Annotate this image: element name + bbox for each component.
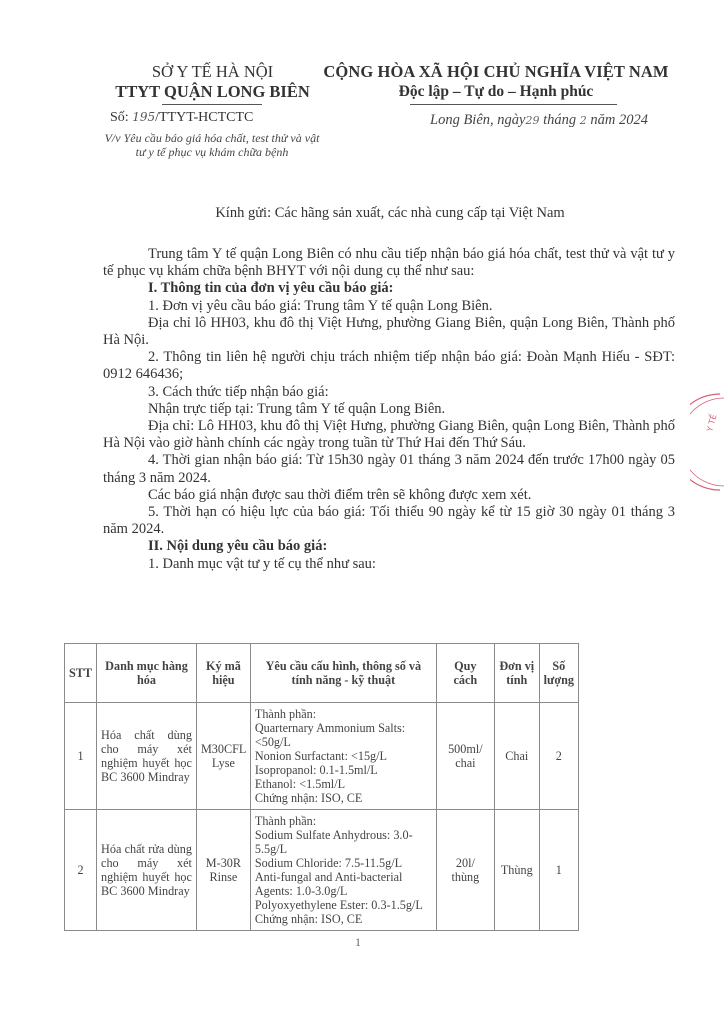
header-item-name: Danh mục hàng hóa — [97, 644, 197, 703]
document-body: Trung tâm Y tế quận Long Biên có nhu cầu… — [103, 246, 675, 573]
section-1-item-2: 2. Thông tin liên hệ người chịu trách nh… — [103, 349, 675, 383]
spec-line: Anti-fungal and Anti-bacterial Agents: 1… — [255, 870, 432, 898]
cell-code: M-30R Rinse — [196, 810, 250, 931]
doc-number-label: Số: — [110, 110, 129, 125]
spec-line: Isopropanol: 0.1-1.5ml/L — [255, 763, 432, 777]
spec-line: Chứng nhận: ISO, CE — [255, 791, 432, 805]
page-number: 1 — [355, 935, 361, 950]
cell-stt: 1 — [65, 703, 97, 810]
official-stamp-icon: Y TẾ — [690, 392, 724, 492]
section-1-item-1: 1. Đơn vị yêu cầu báo giá: Trung tâm Y t… — [103, 298, 675, 315]
section-1-item-5: 5. Thời hạn có hiệu lực của báo giá: Tối… — [103, 504, 675, 538]
header-packaging: Quy cách — [436, 644, 494, 703]
document-date: Long Biên, ngày29 tháng 2 năm 2024 — [430, 112, 690, 129]
department-name: SỞ Y TẾ HÀ NỘI — [100, 62, 325, 82]
cell-unit: Thùng — [494, 810, 539, 931]
doc-number-handwritten: 195 — [132, 110, 155, 124]
nation-name: CỘNG HÒA XÃ HỘI CHỦ NGHĨA VIỆT NAM — [318, 62, 674, 82]
intro-paragraph: Trung tâm Y tế quận Long Biên có nhu cầu… — [103, 246, 675, 280]
cell-packaging: 500ml/ chai — [436, 703, 494, 810]
spec-line: Nonion Surfactant: <15g/L — [255, 749, 432, 763]
cell-spec: Thành phần:Sodium Sulfate Anhydrous: 3.0… — [250, 810, 436, 931]
cell-quantity: 2 — [539, 703, 578, 810]
date-month-label: tháng — [543, 112, 576, 128]
stamp-text: Y TẾ — [703, 412, 719, 434]
divider — [162, 104, 262, 105]
items-table: STT Danh mục hàng hóa Ký mã hiệu Yêu cầu… — [64, 643, 579, 931]
section-1-item-4: 4. Thời gian nhận báo giá: Từ 15h30 ngày… — [103, 452, 675, 486]
doc-number-suffix: /TTYT-HCTCTC — [155, 110, 253, 125]
spec-line: Polyoxyethylene Ester: 0.3-1.5g/L — [255, 898, 432, 912]
date-year: năm 2024 — [590, 112, 648, 128]
header-stt: STT — [65, 644, 97, 703]
document-subject: V/v Yêu cầu báo giá hóa chất, test thử v… — [100, 131, 324, 159]
date-prefix: Long Biên, ngày — [430, 112, 525, 128]
cell-item-name: Hóa chất rửa dùng cho máy xét nghiệm huy… — [97, 810, 197, 931]
cell-spec: Thành phần:Quarternary Ammonium Salts: <… — [250, 703, 436, 810]
cell-unit: Chai — [494, 703, 539, 810]
section-1-item-3: 3. Cách thức tiếp nhận báo giá: — [103, 384, 675, 401]
cell-code: M30CFL Lyse — [196, 703, 250, 810]
spec-line: Thành phần: — [255, 814, 432, 828]
spec-line: Quarternary Ammonium Salts: <50g/L — [255, 721, 432, 749]
unit-name: TTYT QUẬN LONG BIÊN — [100, 82, 325, 102]
national-motto: Độc lập – Tự do – Hạnh phúc — [318, 82, 674, 102]
section-2-item-1: 1. Danh mục vật tư y tế cụ thể như sau: — [103, 556, 675, 573]
section-1-item-4-note: Các báo giá nhận được sau thời điểm trên… — [103, 487, 675, 504]
header-code: Ký mã hiệu — [196, 644, 250, 703]
header-spec: Yêu cầu cấu hình, thông số và tính năng … — [250, 644, 436, 703]
issuing-agency: SỞ Y TẾ HÀ NỘI TTYT QUẬN LONG BIÊN — [100, 62, 325, 102]
cell-quantity: 1 — [539, 810, 578, 931]
header-unit: Đơn vị tính — [494, 644, 539, 703]
date-day: 29 — [525, 114, 539, 127]
header-quantity: Số lượng — [539, 644, 578, 703]
spec-line: Sodium Sulfate Anhydrous: 3.0-5.5g/L — [255, 828, 432, 856]
document-number: Số: 195/TTYT-HCTCTC — [110, 110, 320, 126]
table-row: 1Hóa chất dùng cho máy xét nghiệm huyết … — [65, 703, 579, 810]
cell-packaging: 20l/ thùng — [436, 810, 494, 931]
table-row: 2Hóa chất rửa dùng cho máy xét nghiệm hu… — [65, 810, 579, 931]
section-1-title: I. Thông tin của đơn vị yêu cầu báo giá: — [103, 280, 675, 297]
section-2-title: II. Nội dung yêu cầu báo giá: — [103, 538, 675, 555]
national-header: CỘNG HÒA XÃ HỘI CHỦ NGHĨA VIỆT NAM Độc l… — [318, 62, 674, 102]
recipient-line: Kính gửi: Các hãng sản xuất, các nhà cun… — [100, 205, 680, 222]
section-1-item-3-address: Địa chỉ: Lô HH03, khu đô thị Việt Hưng, … — [103, 418, 675, 452]
section-1-item-1-address: Địa chỉ lô HH03, khu đô thị Việt Hưng, p… — [103, 315, 675, 349]
date-month: 2 — [580, 114, 587, 127]
spec-line: Ethanol: <1.5ml/L — [255, 777, 432, 791]
divider — [410, 104, 617, 105]
section-1-item-3-direct: Nhận trực tiếp tại: Trung tâm Y tế quận … — [103, 401, 675, 418]
spec-line: Chứng nhận: ISO, CE — [255, 912, 432, 926]
table-header-row: STT Danh mục hàng hóa Ký mã hiệu Yêu cầu… — [65, 644, 579, 703]
cell-stt: 2 — [65, 810, 97, 931]
cell-item-name: Hóa chất dùng cho máy xét nghiệm huyết h… — [97, 703, 197, 810]
spec-line: Sodium Chloride: 7.5-11.5g/L — [255, 856, 432, 870]
spec-line: Thành phần: — [255, 707, 432, 721]
